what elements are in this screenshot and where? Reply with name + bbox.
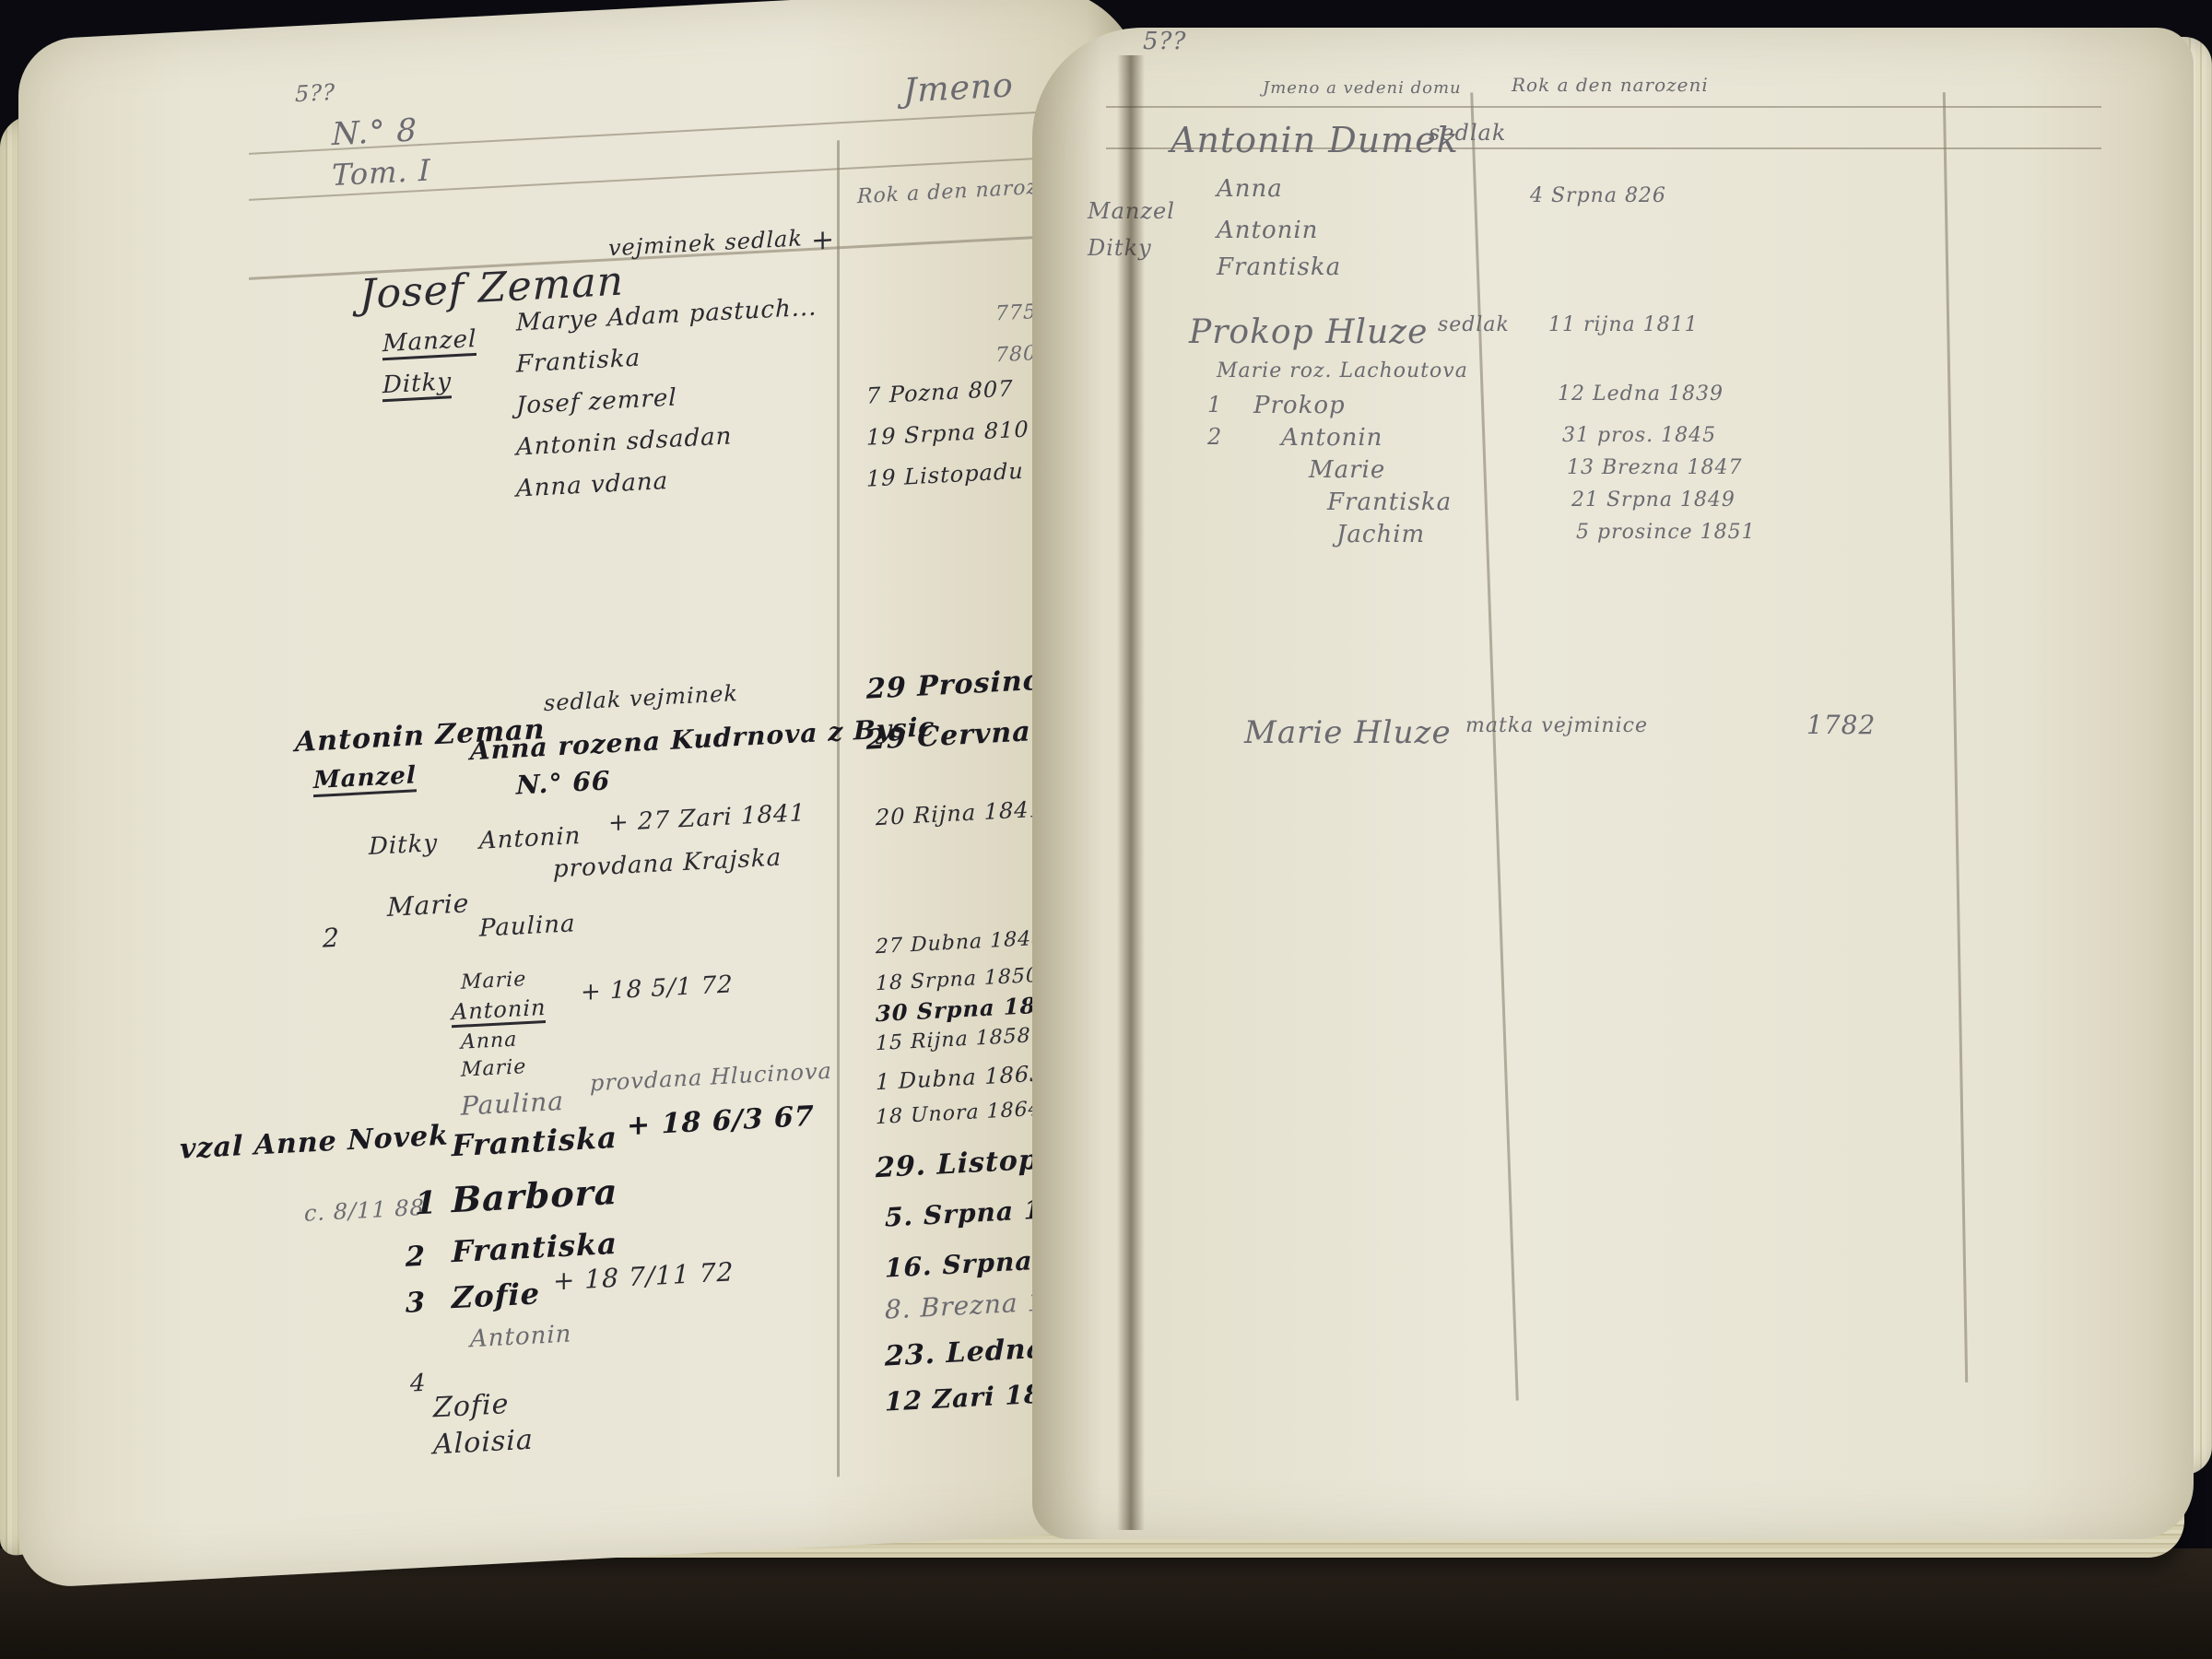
header-tom-label: Tom. I	[332, 152, 430, 193]
child-note: + 18 5/1 72	[581, 971, 734, 1006]
child-date: 1 Dubna 1863	[876, 1061, 1044, 1096]
spouse-name: Marie roz. Lachoutova	[1217, 359, 1468, 382]
child-name: Zofie	[433, 1388, 509, 1424]
spouse-label: Manzel	[313, 761, 417, 797]
page-number: 5??	[1143, 28, 1186, 55]
child-note: c. 8/11 88	[304, 1194, 425, 1227]
child-date: 27 Dubna 1848	[876, 927, 1045, 959]
child-name: Prokop	[1253, 392, 1346, 419]
child-name: Marie	[461, 1055, 526, 1082]
entry-line: Frantiska	[516, 345, 641, 379]
child-date: 5 prosince 1851	[1576, 521, 1756, 544]
entry-head-date: 1782	[1806, 710, 1876, 740]
entry-head-note: vejminek sedlak	[608, 225, 803, 261]
column-rule	[1470, 92, 1519, 1400]
child-number: 2	[406, 1241, 426, 1274]
child-name: Antonin	[470, 1320, 571, 1353]
child-number: 4	[410, 1370, 427, 1398]
child-name: Paulina	[479, 910, 575, 942]
column-rule	[837, 140, 840, 1477]
right-page: 5?? Jmeno a vedeni domu Rok a den naroze…	[1032, 28, 2194, 1539]
entry-line: Antonin sdsadan	[516, 422, 732, 461]
child-name: Marie	[1309, 456, 1385, 484]
child-date: 13 Brezna 1847	[1567, 456, 1743, 479]
entry-head-note: sedlak vejminek	[544, 680, 738, 716]
child-note: + 27 Zari 1841	[608, 799, 806, 837]
child-name: Aloisia	[433, 1424, 534, 1462]
child-date: 21 Srpna 1849	[1571, 488, 1735, 512]
child-name: Antonin	[479, 822, 581, 855]
death-mark: +	[811, 223, 835, 256]
entry-line: Antonin	[1217, 217, 1318, 244]
entry-head-name: Prokop Hluze	[1189, 313, 1428, 351]
child-name: Paulina	[461, 1086, 564, 1122]
entry-line: Josef zemrel	[516, 383, 677, 419]
child-name: Frantiska	[452, 1226, 618, 1269]
child-number: 1	[415, 1184, 438, 1222]
child-note: provdana Hlucinova	[590, 1058, 832, 1097]
entry-line: Anna	[1217, 175, 1283, 203]
child-note: + 18 6/3 67	[627, 1100, 815, 1143]
children-label: Ditky	[369, 829, 438, 861]
entry-date: 780	[995, 342, 1037, 367]
entry-head-note: sedlak	[1429, 120, 1506, 146]
child-date: 18 Srpna 1850	[876, 964, 1040, 995]
header-name-column: Jmeno a vedeni domu	[1263, 78, 1462, 98]
child-name: Anna	[461, 1029, 517, 1054]
entry-date: 775	[995, 300, 1037, 325]
child-name: Zofie	[452, 1276, 540, 1315]
child-date: 20 Rijna 1841	[876, 796, 1044, 831]
entry-head-note: sedlak	[1438, 313, 1510, 336]
child-note: provdana Krajska	[553, 844, 782, 884]
child-number: 1	[1207, 392, 1222, 418]
entry-line: Frantiska	[1217, 253, 1341, 281]
child-date: 12 Ledna 1839	[1558, 382, 1724, 406]
child-name: Marie	[387, 888, 469, 923]
book-gutter	[1117, 55, 1145, 1530]
spouse-label: Manzel	[382, 325, 477, 360]
child-name: Antonin	[452, 994, 546, 1028]
margin-mark: 2	[323, 923, 340, 954]
margin-note: vzal Anne Novek	[180, 1119, 449, 1165]
child-name: Antonin	[1281, 424, 1382, 452]
page-number: 5??	[295, 79, 335, 107]
entry-date: 7 Pozna 807	[866, 375, 1013, 408]
header-no-label: N.° 8	[332, 112, 418, 153]
child-name: Jachim	[1336, 521, 1425, 548]
entry-date: 19 Srpna 810	[866, 416, 1030, 450]
child-date: 15 Rijna 1858	[876, 1024, 1031, 1055]
children-label: Ditky	[382, 368, 452, 402]
house-number: N.° 66	[516, 765, 610, 800]
header-name-column: Jmeno	[903, 66, 1014, 110]
entry-head-note: matka vejminice	[1465, 714, 1648, 737]
child-name: Marie	[461, 968, 526, 994]
entry-line: Anna vdana	[516, 467, 668, 503]
header-rule	[1106, 106, 2101, 108]
entry-head-name: Antonin Dumek	[1171, 120, 1459, 160]
child-date: 18 Unora 1864	[876, 1098, 1042, 1129]
entry-date: 4 Srpna 826	[1530, 184, 1666, 207]
header-date-column: Rok a den narozeni	[1512, 74, 1709, 96]
child-date: 31 pros. 1845	[1562, 424, 1716, 447]
column-rule	[1943, 92, 1968, 1382]
child-name: Frantiska	[452, 1120, 618, 1163]
child-name: Barbora	[452, 1171, 618, 1220]
child-number: 3	[406, 1287, 426, 1320]
child-name: Frantiska	[1327, 488, 1452, 516]
entry-head-name: Marie Hluze	[1244, 714, 1452, 751]
entry-head-date: 11 rijna 1811	[1548, 313, 1699, 336]
child-number: 2	[1207, 424, 1222, 450]
left-page: 5?? N.° 8 Tom. I Jmeno Rok a den narozen…	[18, 0, 1143, 1589]
